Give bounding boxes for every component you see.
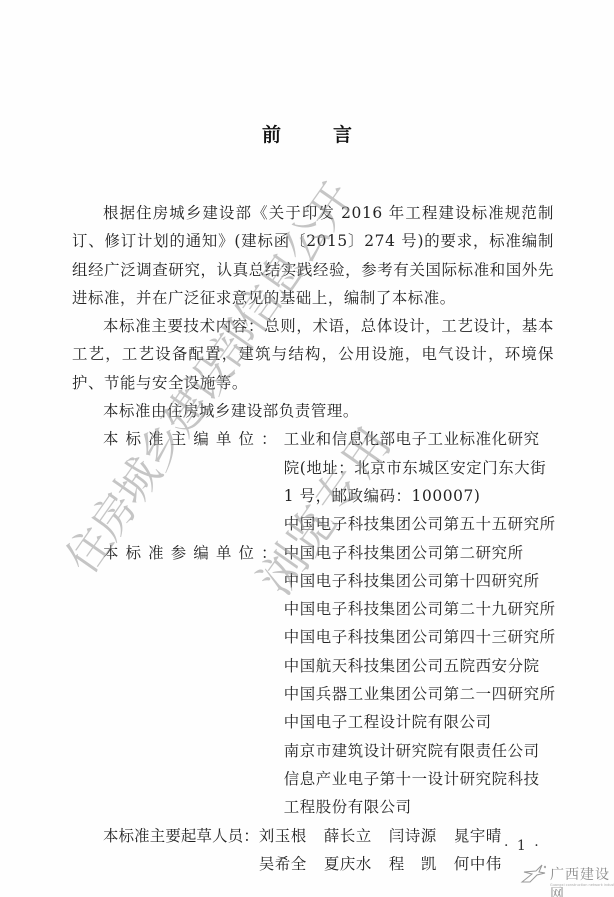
drafter-name: 程 凯 bbox=[389, 850, 437, 878]
participating-unit-line: 中国航天科技集团公司五院西安分院 bbox=[284, 652, 556, 680]
document-page: 前言 根据住房城乡建设部《关于印发 2016 年工程建设标准规范制订、修订计划的… bbox=[0, 0, 614, 897]
chief-unit-line: 工业和信息化部电子工业标准化研究 bbox=[284, 425, 556, 453]
drafter-name: 晁宇晴 bbox=[454, 822, 502, 850]
participating-units-label: 本标准参编单位： bbox=[72, 539, 284, 822]
preface-body: 根据住房城乡建设部《关于印发 2016 年工程建设标准规范制订、修订计划的通知》… bbox=[72, 199, 554, 878]
drafters-section: 本标准主要起草人员： 刘玉根薛长立闫诗源晁宇晴 吴希全夏庆水程 凯何中伟 bbox=[72, 822, 554, 879]
participating-unit-line: 南京市建筑设计研究院有限责任公司 bbox=[284, 737, 556, 765]
site-logo: 广西建设网 Guangxi construction network indus… bbox=[520, 862, 614, 897]
chief-unit-line: 中国电子科技集团公司第五十五研究所 bbox=[284, 510, 556, 538]
participating-units-section: 本标准参编单位： 中国电子科技集团公司第二研究所 中国电子科技集团公司第十四研究… bbox=[72, 539, 554, 822]
logo-subtitle: Guangxi construction network industry we… bbox=[550, 883, 614, 887]
participating-unit-line: 中国电子科技集团公司第二十九研究所 bbox=[284, 595, 556, 623]
title-char-1: 前 bbox=[262, 120, 281, 147]
paragraph-technical-content: 本标准主要技术内容：总则，术语，总体设计，工艺设计，基本工艺，工艺设备配置，建筑… bbox=[72, 312, 554, 397]
participating-unit-line: 中国电子科技集团公司第二研究所 bbox=[284, 539, 556, 567]
paragraph-background: 根据住房城乡建设部《关于印发 2016 年工程建设标准规范制订、修订计划的通知》… bbox=[72, 199, 554, 312]
paragraph-management: 本标准由住房城乡建设部负责管理。 bbox=[72, 397, 554, 425]
logo-name: 广西建设网 bbox=[550, 864, 614, 897]
chief-units-label: 本标准主编单位： bbox=[72, 425, 284, 538]
drafter-name: 薛长立 bbox=[324, 822, 372, 850]
star-logo-icon bbox=[520, 864, 546, 884]
drafter-name: 吴希全 bbox=[259, 850, 307, 878]
chief-unit-line: 院(地址：北京市东城区安定门东大街 bbox=[284, 454, 556, 482]
drafters-label: 本标准主要起草人员： bbox=[72, 822, 259, 879]
page-number: · 1 · bbox=[504, 838, 541, 854]
drafter-name: 夏庆水 bbox=[324, 850, 372, 878]
drafter-name: 闫诗源 bbox=[389, 822, 437, 850]
drafter-name: 何中伟 bbox=[454, 850, 502, 878]
chief-unit-line: 1 号，邮政编码：100007) bbox=[284, 482, 556, 510]
participating-unit-line: 中国兵器工业集团公司第二一四研究所 bbox=[284, 680, 556, 708]
drafter-name: 刘玉根 bbox=[259, 822, 307, 850]
chief-units-list: 工业和信息化部电子工业标准化研究 院(地址：北京市东城区安定门东大街 1 号，邮… bbox=[284, 425, 556, 538]
drafters-row-2: 吴希全夏庆水程 凯何中伟 bbox=[259, 850, 554, 878]
participating-unit-line: 信息产业电子第十一设计研究院科技 bbox=[284, 765, 556, 793]
participating-unit-line: 中国电子工程设计院有限公司 bbox=[284, 708, 556, 736]
page-title: 前言 bbox=[0, 120, 614, 147]
participating-unit-line: 中国电子科技集团公司第四十三研究所 bbox=[284, 623, 556, 651]
title-char-2: 言 bbox=[333, 120, 352, 147]
participating-units-list: 中国电子科技集团公司第二研究所 中国电子科技集团公司第十四研究所 中国电子科技集… bbox=[284, 539, 556, 822]
chief-units-section: 本标准主编单位： 工业和信息化部电子工业标准化研究 院(地址：北京市东城区安定门… bbox=[72, 425, 554, 538]
participating-unit-line: 工程股份有限公司 bbox=[284, 793, 556, 821]
participating-unit-line: 中国电子科技集团公司第十四研究所 bbox=[284, 567, 556, 595]
